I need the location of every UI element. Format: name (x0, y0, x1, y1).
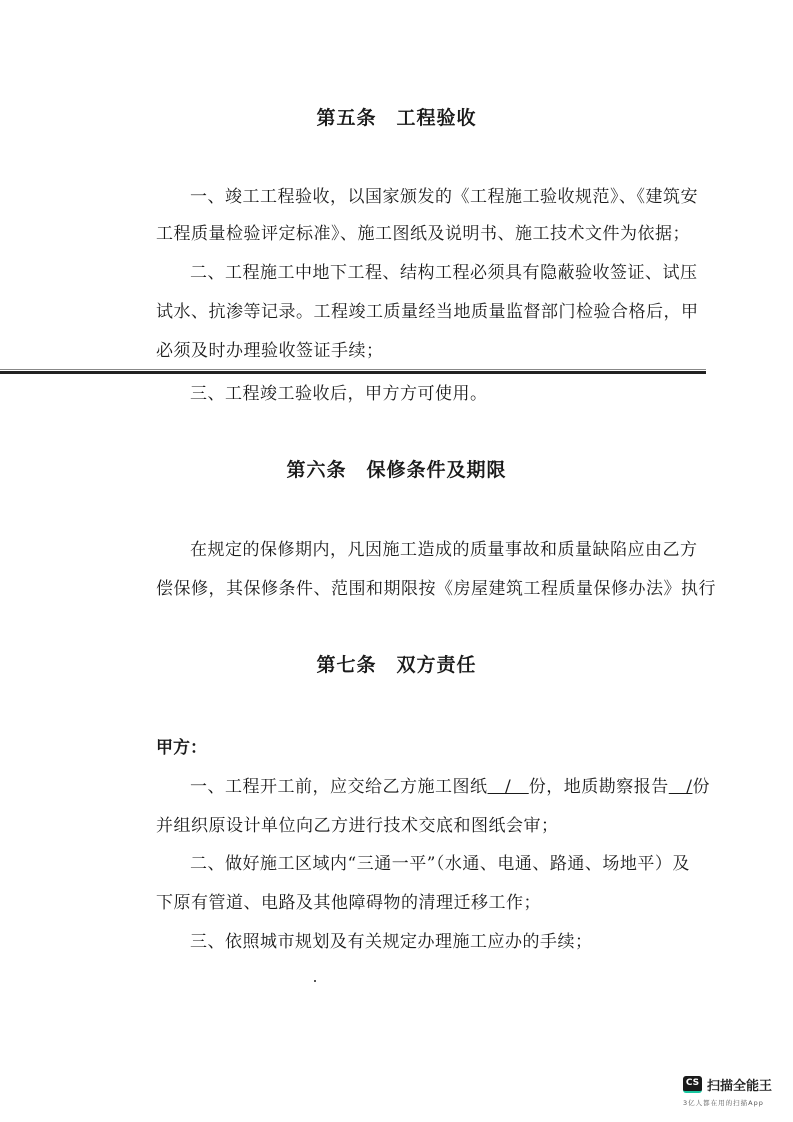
s5-para3: 三、工程竣工验收后，甲方方可使用。 (190, 379, 488, 404)
scan-artifact-line (0, 369, 706, 370)
section-6-heading: 第六条 保修条件及期限 (0, 455, 793, 482)
section-5-heading: 第五条 工程验收 (0, 103, 793, 130)
s7-para1-text-b: 份，地质勘察报告 (529, 777, 669, 797)
s5-para2-line1: 二、工程施工中地下工程、结构工程必须具有隐蔽验收签证、试压 (190, 258, 698, 283)
s7-para3: 三、依照城市规划及有关规定办理施工应办的手续； (190, 927, 593, 952)
s5-para2-line3: 必须及时办理验收签证手续； (156, 336, 384, 361)
survey-report-count-blank: / (669, 777, 693, 797)
party-a-label: 甲方： (156, 733, 207, 758)
s5-para2-line2: 试水、抗渗等记录。工程竣工质量经当地质量监督部门检验合格后，甲 (156, 297, 699, 322)
camscanner-logo-icon: CS (683, 1076, 702, 1093)
s5-para1-line2: 工程质量检验评定标准》、施工图纸及说明书、施工技术文件为依据； (156, 219, 690, 244)
s7-para1-line2: 并组织原设计单位向乙方进行技术交底和图纸会审； (156, 811, 559, 836)
drawings-count-blank: / (488, 777, 529, 797)
watermark-tagline: 3亿人都在用的扫描App (683, 1098, 764, 1107)
s7-para2-line2: 下原有管道、电路及其他障碍物的清理迁移工作； (156, 888, 541, 913)
s7-para1-text-a: 一、工程开工前，应交给乙方施工图纸 (190, 777, 488, 797)
s7-para1-text-c: 份 (692, 777, 710, 797)
watermark-app-name: 扫描全能王 (707, 1075, 772, 1094)
s5-para1-line1: 一、竣工工程验收，以国家颁发的《工程施工验收规范》、《建筑安 (190, 182, 698, 207)
scan-artifact-line-dark (0, 371, 706, 374)
scan-speck (314, 980, 316, 982)
s6-para1-line2: 偿保修，其保修条件、范围和期限按《房屋建筑工程质量保修办法》执行 (156, 574, 716, 599)
s7-para1-line1: 一、工程开工前，应交给乙方施工图纸 / 份，地质勘察报告 /份 (190, 772, 710, 797)
s6-para1-line1: 在规定的保修期内，凡因施工造成的质量事故和质量缺陷应由乙方 (190, 535, 698, 560)
s7-para2-line1: 二、做好施工区域内“三通一平”（水通、电通、路通、场地平）及 (190, 849, 690, 874)
section-7-heading: 第七条 双方责任 (0, 650, 793, 677)
